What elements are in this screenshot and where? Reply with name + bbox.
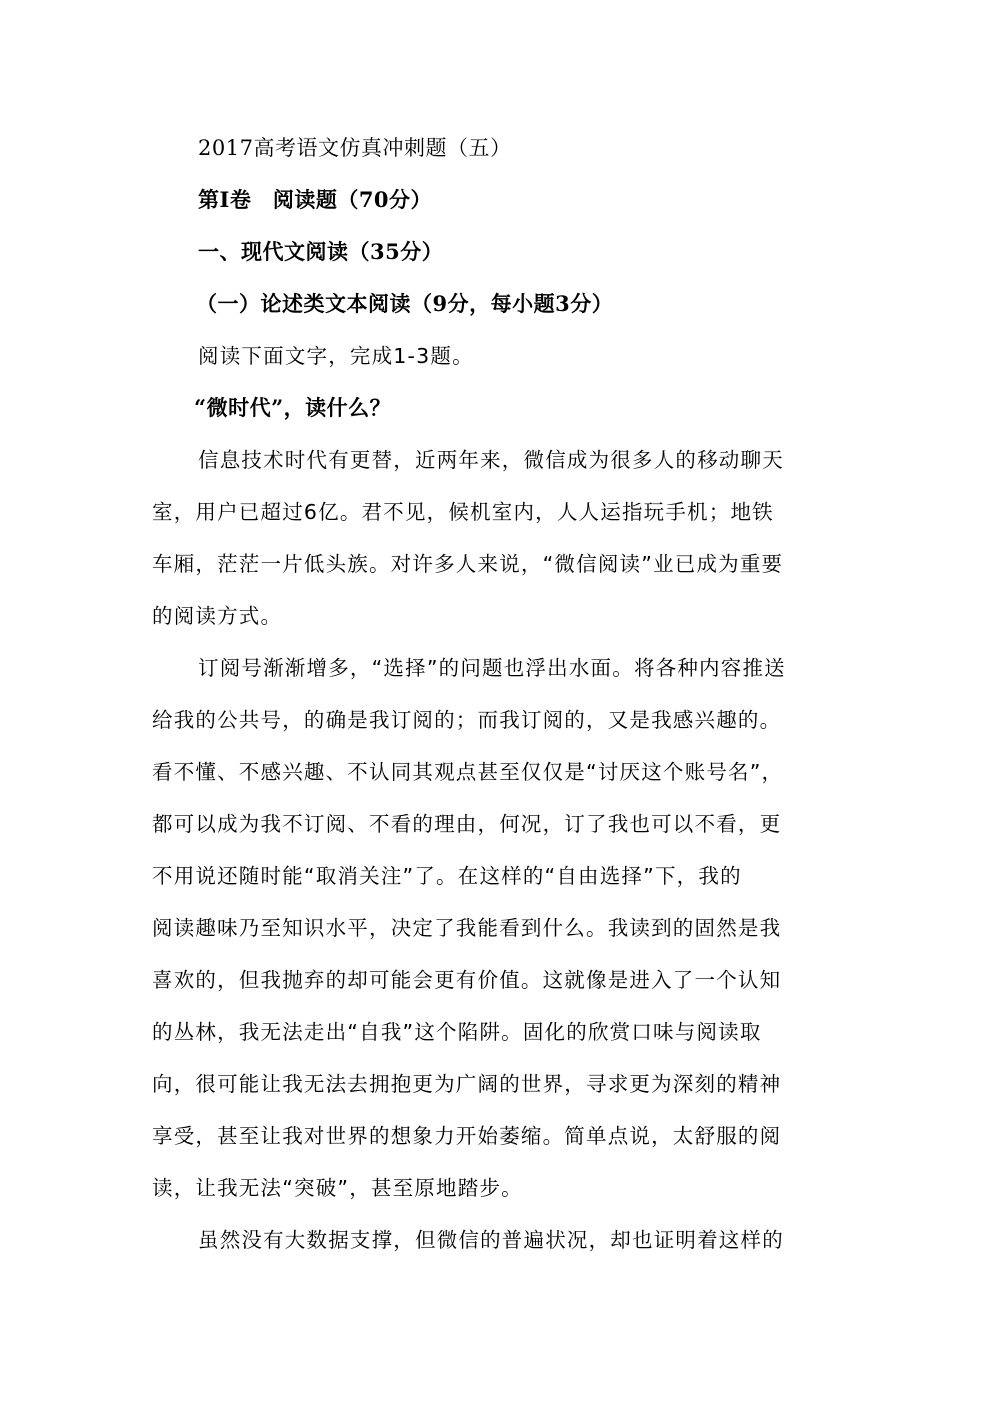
exam-title: 2017高考语文仿真冲刺题（五） xyxy=(198,136,511,160)
paragraph-line: 喜欢的，但我抛弃的却可能会更有价值。这就像是进入了一个认知 xyxy=(152,968,781,992)
paragraph-line: 给我的公共号，的确是我订阅的；而我订阅的，又是我感兴趣的。 xyxy=(152,708,781,732)
paragraph-line: 阅读趣味乃至知识水平，决定了我能看到什么。我读到的固然是我 xyxy=(152,916,781,940)
paragraph-line: 享受，甚至让我对世界的想象力开始萎缩。简单点说，太舒服的阅 xyxy=(152,1124,781,1148)
paragraph-line: 室，用户已超过6亿。君不见，候机室内，人人运指玩手机；地铁 xyxy=(152,500,774,524)
article-title: “微时代”，读什么？ xyxy=(194,396,391,420)
paragraph-line: 读，让我无法“突破”，甚至原地踏步。 xyxy=(152,1176,523,1200)
paragraph-line: 的阅读方式。 xyxy=(152,604,282,628)
reading-instruction: 阅读下面文字，完成1-3题。 xyxy=(198,344,474,368)
paragraph-line: 不用说还随时能“取消关注”了。在这样的“自由选择”下，我的 xyxy=(152,864,742,888)
paragraph-line: 的丛林，我无法走出“自我”这个陷阱。固化的欣赏口味与阅读取 xyxy=(152,1020,762,1044)
paragraph-line: 看不懂、不感兴趣、不认同其观点甚至仅仅是“讨厌这个账号名”， xyxy=(152,760,783,784)
paragraph-line: 向，很可能让我无法去拥抱更为广阔的世界，寻求更为深刻的精神 xyxy=(152,1072,781,1096)
part-heading: 第Ⅰ卷 阅读题（70分） xyxy=(198,188,432,212)
paragraph-line: 都可以成为我不订阅、不看的理由，何况，订了我也可以不看，更 xyxy=(152,812,781,836)
document-page: 2017高考语文仿真冲刺题（五） 第Ⅰ卷 阅读题（70分） 一、现代文阅读（35… xyxy=(0,0,993,1404)
paragraph-line: 车厢，茫茫一片低头族。对许多人来说，“微信阅读”业已成为重要 xyxy=(152,552,783,576)
paragraph-line: 信息技术时代有更替，近两年来，微信成为很多人的移动聊天 xyxy=(198,448,784,472)
subsection-heading: （一）论述类文本阅读（9分，每小题3分） xyxy=(196,292,613,316)
section-heading: 一、现代文阅读（35分） xyxy=(198,240,443,264)
paragraph-line: 虽然没有大数据支撑，但微信的普遍状况，却也证明着这样的 xyxy=(198,1228,784,1252)
paragraph-line: 订阅号渐渐增多，“选择”的问题也浮出水面。将各种内容推送 xyxy=(198,656,786,680)
